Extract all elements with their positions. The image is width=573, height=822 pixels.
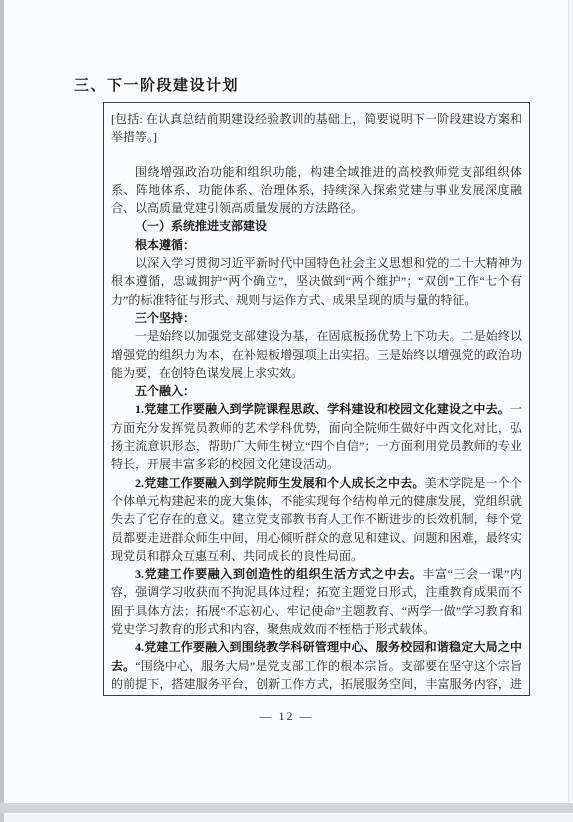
page-gap-divider [0, 803, 573, 813]
section-title: 三、下一阶段建设计划 [74, 74, 239, 95]
scan-edge-right [569, 0, 573, 803]
page-number: — 12 — [0, 709, 573, 724]
sub-heading: （一）系统推进支部建设 [111, 217, 522, 235]
sange-label: 三个坚持： [111, 309, 522, 327]
fusion-item-3-lead: 3.党建工作要融入到创造性的组织生活方式之中去。 [135, 567, 422, 581]
fusion-item-2-lead: 2.党建工作要融入到学院师生发展和个人成长之中去。 [135, 476, 425, 490]
blank-line [111, 147, 522, 163]
next-page-top-edge [4, 813, 573, 822]
fusion-item-4-body: “围绕中心，服务大局”是党支部工作的根本宗旨。支部要在坚守这个宗旨的前提下，搭建… [111, 659, 522, 696]
sange-paragraph: 一是始终以加强党支部建设为基，在固底板扬优势上下功夫。二是始终以增强党的组织力为… [111, 327, 522, 382]
wuge-label: 五个融入： [111, 382, 522, 400]
fusion-item-3: 3.党建工作要融入到创造性的组织生活方式之中去。丰富“三会一课”内容，强调学习收… [111, 565, 522, 638]
genben-paragraph: 以深入学习贯彻习近平新时代中国特色社会主义思想和党的二十大精神为根本遵循，忠诚拥… [111, 254, 522, 309]
content-frame: [包括: 在认真总结前期建设经验教训的基础上，简要说明下一阶段建设方案和举措等。… [103, 102, 530, 696]
fusion-item-4: 4.党建工作要融入到围绕教学科研管理中心、服务校园和谐稳定大局之中去。“围绕中心… [111, 638, 522, 696]
intro-paragraph: 围绕增强政治功能和组织功能，构建全域推进的高校教师党支部组织体系、阵地体系、功能… [111, 163, 522, 218]
scan-edge-left [0, 0, 4, 803]
scanned-document-page: 三、下一阶段建设计划 [包括: 在认真总结前期建设经验教训的基础上，简要说明下一… [0, 0, 573, 822]
fusion-item-2: 2.党建工作要融入到学院师生发展和个人成长之中去。美术学院是一个个个体单元构建起… [111, 474, 522, 565]
genben-label: 根本遵循： [111, 236, 522, 254]
fusion-item-1-lead: 1.党建工作要融入到学院课程思政、学科建设和校园文化建设之中去。 [135, 402, 510, 416]
template-hint-text: [包括: 在认真总结前期建设经验教训的基础上，简要说明下一阶段建设方案和举措等。… [111, 110, 522, 147]
fusion-item-1: 1.党建工作要融入到学院课程思政、学科建设和校园文化建设之中去。一方面充分发挥党… [111, 400, 522, 473]
